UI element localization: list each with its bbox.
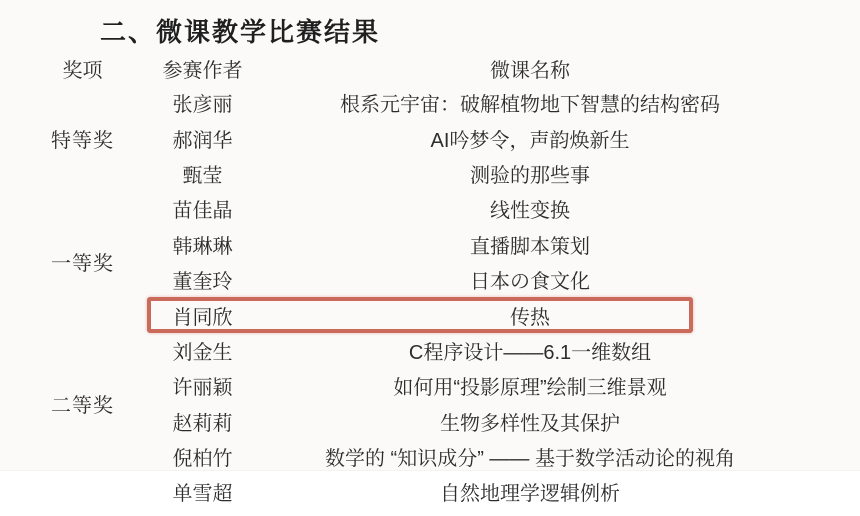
- table-row: 甄莹测验的那些事: [135, 156, 790, 191]
- award-group: 单雪超自然地理学逻辑例析: [30, 474, 790, 509]
- author-cell: 董奎玲: [135, 265, 270, 294]
- course-cell: 自然地理学逻辑例析: [270, 477, 790, 506]
- section-title: 二、微课教学比赛结果: [100, 12, 380, 49]
- table-row: 许丽颖如何用“投影原理”绘制三维景观: [135, 368, 790, 403]
- award-group: 一等奖苗佳晶线性变换韩琳琳直播脚本策划董奎玲日本の食文化肖同欣传热: [30, 191, 790, 333]
- course-cell: 如何用“投影原理”绘制三维景观: [270, 371, 790, 400]
- award-label: 特等奖: [30, 85, 135, 191]
- header-award: 奖项: [30, 54, 135, 83]
- table-row: 赵莉莉生物多样性及其保护: [135, 404, 790, 439]
- header-author: 参赛作者: [135, 54, 270, 83]
- award-group: 二等奖刘金生C程序设计——6.1一维数组许丽颖如何用“投影原理”绘制三维景观赵莉…: [30, 333, 790, 475]
- table-row: 倪柏竹数学的 “知识成分” —— 基于数学活动论的视角: [135, 439, 790, 474]
- course-cell: 线性变换: [270, 194, 790, 223]
- table-row: 郝润华AI吟梦令，声韵焕新生: [135, 120, 790, 155]
- course-cell: 数学的 “知识成分” —— 基于数学活动论的视角: [270, 442, 790, 471]
- author-cell: 刘金生: [135, 336, 270, 365]
- author-cell: 单雪超: [135, 477, 270, 506]
- table-row: 单雪超自然地理学逻辑例析: [135, 474, 790, 509]
- author-cell: 甄莹: [135, 159, 270, 188]
- course-cell: 日本の食文化: [270, 265, 790, 294]
- course-cell: 生物多样性及其保护: [270, 407, 790, 436]
- table-row: 张彦丽根系元宇宙：破解植物地下智慧的结构密码: [135, 85, 790, 120]
- author-cell: 倪柏竹: [135, 442, 270, 471]
- award-group-entries: 苗佳晶线性变换韩琳琳直播脚本策划董奎玲日本の食文化肖同欣传热: [135, 191, 790, 333]
- course-cell: 根系元宇宙：破解植物地下智慧的结构密码: [270, 88, 790, 117]
- table-row: 董奎玲日本の食文化: [135, 262, 790, 297]
- award-label: 二等奖: [30, 333, 135, 475]
- course-cell: 测验的那些事: [270, 159, 790, 188]
- course-cell: AI吟梦令，声韵焕新生: [270, 124, 790, 153]
- course-cell: 直播脚本策划: [270, 230, 790, 259]
- author-cell: 张彦丽: [135, 88, 270, 117]
- table-row: 刘金生C程序设计——6.1一维数组: [135, 333, 790, 368]
- header-course: 微课名称: [270, 54, 790, 83]
- award-label: 一等奖: [30, 191, 135, 333]
- table-header-row: 奖项 参赛作者 微课名称: [30, 52, 790, 85]
- award-group-entries: 刘金生C程序设计——6.1一维数组许丽颖如何用“投影原理”绘制三维景观赵莉莉生物…: [135, 333, 790, 475]
- course-cell: 传热: [270, 301, 790, 330]
- table-row: 韩琳琳直播脚本策划: [135, 227, 790, 262]
- award-group: 特等奖张彦丽根系元宇宙：破解植物地下智慧的结构密码郝润华AI吟梦令，声韵焕新生甄…: [30, 85, 790, 191]
- table-body: 特等奖张彦丽根系元宇宙：破解植物地下智慧的结构密码郝润华AI吟梦令，声韵焕新生甄…: [30, 85, 790, 510]
- table-row: 肖同欣传热: [135, 297, 790, 332]
- award-group-entries: 单雪超自然地理学逻辑例析: [135, 474, 790, 509]
- author-cell: 赵莉莉: [135, 407, 270, 436]
- author-cell: 肖同欣: [135, 301, 270, 330]
- course-cell: C程序设计——6.1一维数组: [270, 336, 790, 365]
- award-label: [30, 474, 135, 509]
- table-row: 苗佳晶线性变换: [135, 191, 790, 226]
- author-cell: 郝润华: [135, 124, 270, 153]
- author-cell: 许丽颖: [135, 371, 270, 400]
- author-cell: 韩琳琳: [135, 230, 270, 259]
- award-group-entries: 张彦丽根系元宇宙：破解植物地下智慧的结构密码郝润华AI吟梦令，声韵焕新生甄莹测验…: [135, 85, 790, 191]
- author-cell: 苗佳晶: [135, 194, 270, 223]
- results-table: 奖项 参赛作者 微课名称 特等奖张彦丽根系元宇宙：破解植物地下智慧的结构密码郝润…: [30, 52, 790, 510]
